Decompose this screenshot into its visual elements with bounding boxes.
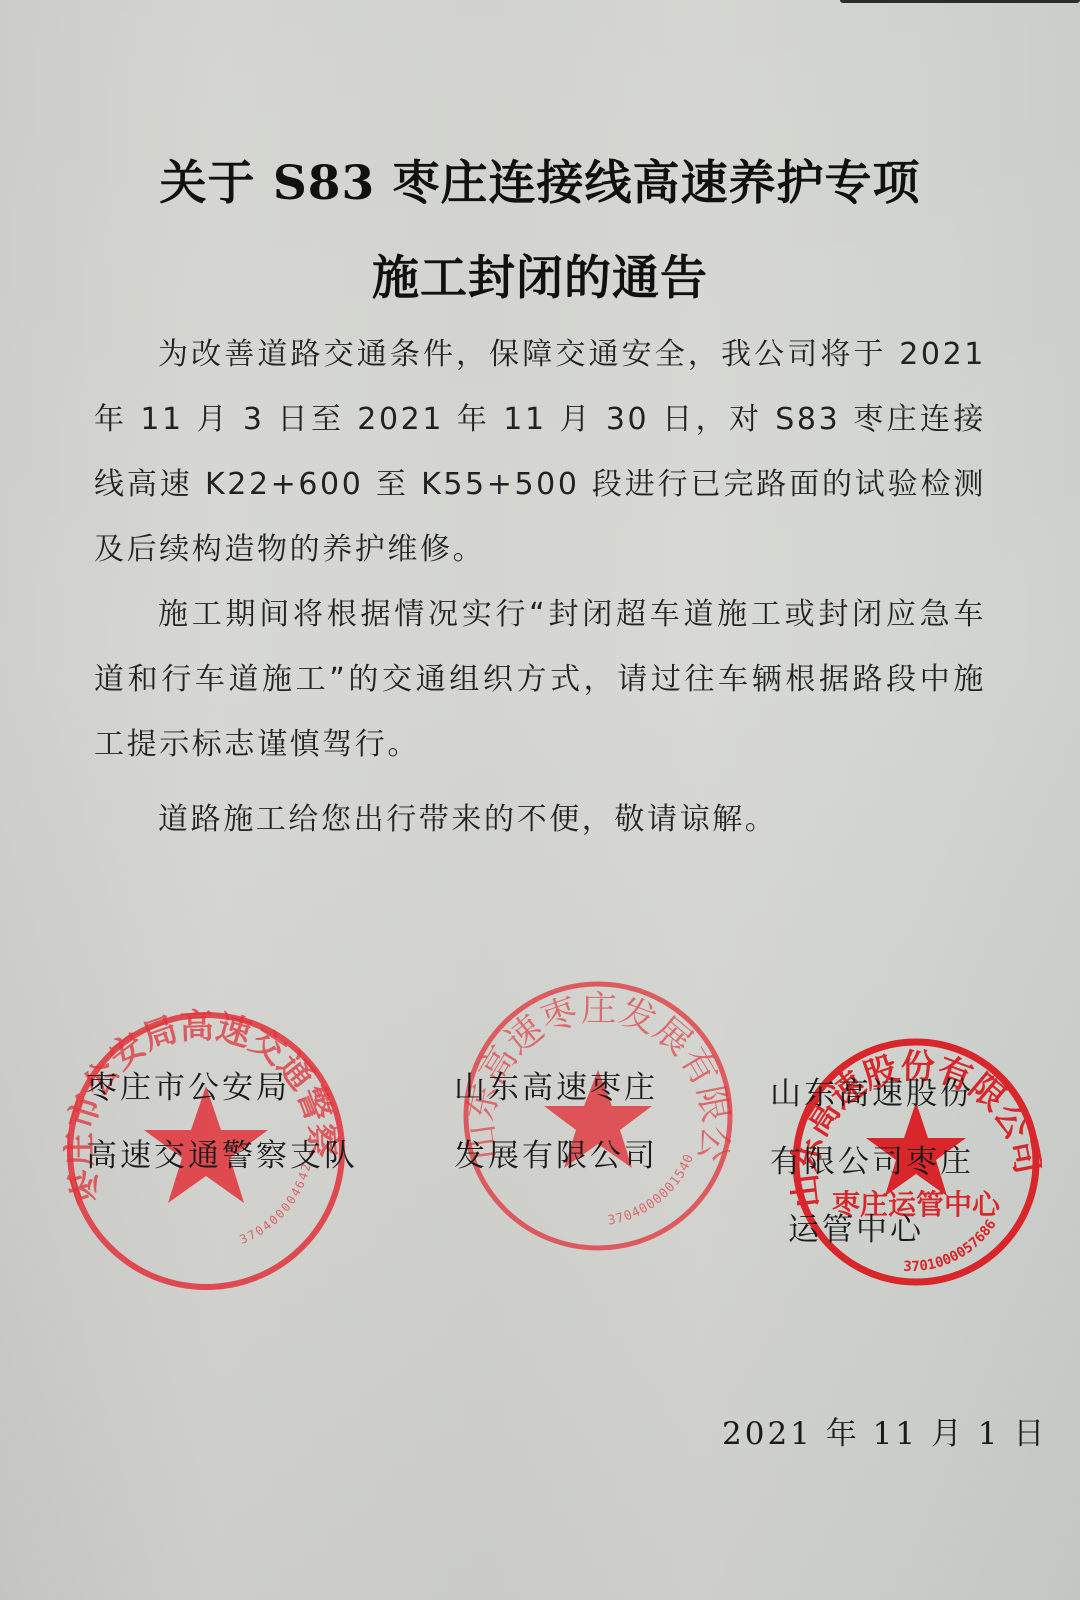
paragraph-2-text: 施工期间将根据情况实行“封闭超车道施工或封闭应急车道和行车道施工”的交通组织方式…	[94, 582, 986, 777]
paragraph-3-text: 道路施工给您出行带来的不便，敬请谅解。	[94, 787, 986, 852]
signatory-development-line-2: 发展有限公司	[454, 1122, 658, 1190]
signatory-operations-line-3: 运管中心	[770, 1196, 974, 1264]
signatory-operations-line-2: 有限公司枣庄	[770, 1128, 974, 1196]
signatory-police: 枣庄市公安局 高速交通警察支队	[86, 1054, 358, 1190]
signatory-operations-line-1: 山东高速股份	[770, 1060, 974, 1128]
signatory-development-line-1: 山东高速枣庄	[454, 1054, 658, 1122]
signatory-police-line-1: 枣庄市公安局	[86, 1054, 358, 1122]
signatory-police-line-2: 高速交通警察支队	[86, 1122, 358, 1190]
paragraph-1-text: 为改善道路交通条件，保障交通安全，我公司将于 2021 年 11 月 3 日至 …	[94, 322, 986, 582]
signatory-development-company: 山东高速枣庄 发展有限公司	[454, 1054, 658, 1190]
paragraph-3: 道路施工给您出行带来的不便，敬请谅解。	[94, 787, 986, 852]
document-title-line-2: 施工封闭的通告	[0, 241, 1080, 308]
paragraph-2: 施工期间将根据情况实行“封闭超车道施工或封闭应急车道和行车道施工”的交通组织方式…	[94, 582, 986, 777]
document-date: 2021 年 11 月 1 日	[722, 1408, 1047, 1453]
document-title-line-1: 关于 S83 枣庄连接线高速养护专项	[0, 146, 1080, 213]
paragraph-1: 为改善道路交通条件，保障交通安全，我公司将于 2021 年 11 月 3 日至 …	[94, 322, 986, 582]
signatory-operations-center: 山东高速股份 有限公司枣庄 运管中心	[770, 1060, 974, 1264]
photo-edge-shadow	[840, 0, 1080, 3]
